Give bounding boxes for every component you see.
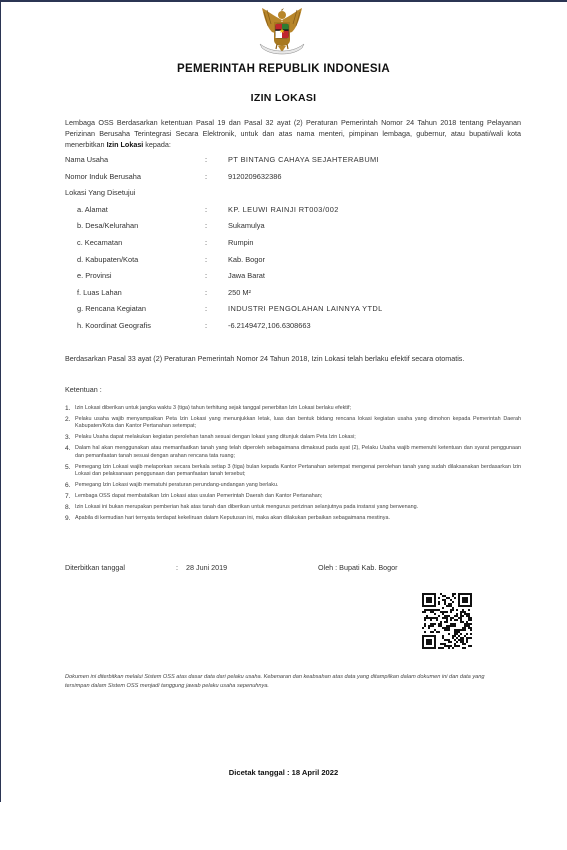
ketentuan-item: 2.Pelaku usaha wajib menyampaikan Peta I… bbox=[65, 416, 521, 431]
item-text: Pemegang Izin Lokasi wajib melaporkan se… bbox=[75, 464, 521, 477]
item-text: Izin Lokasi ini bukan merupakan pemberia… bbox=[75, 504, 418, 510]
item-number: 9. bbox=[65, 515, 71, 522]
field-koordinat: h. Koordinat Geografis : -6.2149472,106.… bbox=[65, 321, 525, 338]
field-colon: : bbox=[205, 205, 207, 214]
field-colon: : bbox=[205, 155, 207, 164]
ketentuan-item: 8.Izin Lokasi ini bukan merupakan pember… bbox=[65, 504, 521, 511]
item-number: 3. bbox=[65, 434, 71, 441]
item-text: Izin Lokasi diberikan untuk jangka waktu… bbox=[75, 405, 351, 411]
item-text: Dalam hal akan menggunakan atau memanfaa… bbox=[75, 445, 521, 458]
field-colon: : bbox=[205, 238, 207, 247]
field-value: Rumpin bbox=[228, 238, 253, 247]
item-text: Apabila di kemudian hari ternyata terdap… bbox=[75, 515, 390, 521]
item-number: 4. bbox=[65, 445, 71, 452]
field-label: c. Kecamatan bbox=[77, 238, 122, 247]
field-lokasi-header: Lokasi Yang Disetujui bbox=[65, 188, 525, 205]
field-label: Nomor Induk Berusaha bbox=[65, 172, 141, 181]
ketentuan-list: 1.Izin Lokasi diberikan untuk jangka wak… bbox=[65, 405, 521, 526]
government-heading: PEMERINTAH REPUBLIK INDONESIA bbox=[0, 63, 567, 75]
item-number: 6. bbox=[65, 482, 71, 489]
field-colon: : bbox=[205, 255, 207, 264]
field-nib: Nomor Induk Berusaha : 9120209632386 bbox=[65, 172, 525, 189]
item-number: 7. bbox=[65, 493, 71, 500]
field-value: INDUSTRI PENGOLAHAN LAINNYA YTDL bbox=[228, 304, 383, 313]
field-value: PT BINTANG CAHAYA SEJAHTERABUMI bbox=[228, 155, 379, 164]
field-desa: b. Desa/Kelurahan : Sukamulya bbox=[65, 221, 525, 238]
field-alamat: a. Alamat : KP. LEUWI RAINJI RT003/002 bbox=[65, 205, 525, 222]
intro-bold: Izin Lokasi bbox=[107, 140, 144, 149]
field-colon: : bbox=[205, 271, 207, 280]
field-label: f. Luas Lahan bbox=[77, 288, 122, 297]
permit-fields: Nama Usaha : PT BINTANG CAHAYA SEJAHTERA… bbox=[65, 155, 525, 338]
field-value: -6.2149472,106.6308663 bbox=[228, 321, 311, 330]
ketentuan-title: Ketentuan : bbox=[65, 385, 102, 394]
field-label: d. Kabupaten/Kota bbox=[77, 255, 138, 264]
field-label: Nama Usaha bbox=[65, 155, 108, 164]
field-value: 9120209632386 bbox=[228, 172, 281, 181]
field-colon: : bbox=[205, 221, 207, 230]
ketentuan-item: 6.Pemegang Izin Lokasi wajib mematuhi pe… bbox=[65, 482, 521, 489]
field-label: g. Rencana Kegiatan bbox=[77, 304, 146, 313]
document-title: IZIN LOKASI bbox=[0, 92, 567, 104]
item-number: 8. bbox=[65, 504, 71, 511]
field-colon: : bbox=[205, 304, 207, 313]
intro-suffix: kepada: bbox=[143, 140, 171, 149]
issued-by: Oleh : Bupati Kab. Bogor bbox=[318, 563, 398, 572]
ketentuan-item: 4.Dalam hal akan menggunakan atau memanf… bbox=[65, 445, 521, 460]
effective-statement: Berdasarkan Pasal 33 ayat (2) Peraturan … bbox=[65, 354, 525, 364]
item-text: Pelaku Usaha dapat melakukan kegiatan pe… bbox=[75, 434, 356, 440]
field-label: b. Desa/Kelurahan bbox=[77, 221, 138, 230]
issued-colon: : bbox=[176, 563, 178, 572]
disclaimer-text: Dokumen ini diterbitkan melalui Sistem O… bbox=[65, 673, 505, 690]
field-nama-usaha: Nama Usaha : PT BINTANG CAHAYA SEJAHTERA… bbox=[65, 155, 525, 172]
field-kabupaten: d. Kabupaten/Kota : Kab. Bogor bbox=[65, 255, 525, 272]
field-value: Kab. Bogor bbox=[228, 255, 265, 264]
field-label: e. Provinsi bbox=[77, 271, 112, 280]
item-text: Pemegang Izin Lokasi wajib mematuhi pera… bbox=[75, 482, 278, 488]
field-value: Jawa Barat bbox=[228, 271, 265, 280]
field-label: a. Alamat bbox=[77, 205, 108, 214]
field-luas-lahan: f. Luas Lahan : 250 M² bbox=[65, 288, 525, 305]
ketentuan-item: 3.Pelaku Usaha dapat melakukan kegiatan … bbox=[65, 434, 521, 441]
item-number: 5. bbox=[65, 464, 71, 471]
item-text: Lembaga OSS dapat membatalkan Izin Lokas… bbox=[75, 493, 322, 499]
ketentuan-item: 5.Pemegang Izin Lokasi wajib melaporkan … bbox=[65, 464, 521, 479]
field-colon: : bbox=[205, 321, 207, 330]
issued-date: 28 Juni 2019 bbox=[186, 563, 227, 572]
field-value: Sukamulya bbox=[228, 221, 265, 230]
field-provinsi: e. Provinsi : Jawa Barat bbox=[65, 271, 525, 288]
field-value: KP. LEUWI RAINJI RT003/002 bbox=[228, 205, 339, 214]
field-colon: : bbox=[205, 172, 207, 181]
printed-date: Dicetak tanggal : 18 April 2022 bbox=[0, 768, 567, 777]
field-colon: : bbox=[205, 288, 207, 297]
item-number: 2. bbox=[65, 416, 71, 423]
item-text: Pelaku usaha wajib menyampaikan Peta Izi… bbox=[75, 416, 521, 429]
field-rencana-kegiatan: g. Rencana Kegiatan : INDUSTRI PENGOLAHA… bbox=[65, 304, 525, 321]
garuda-emblem-icon bbox=[256, 6, 308, 56]
ketentuan-item: 9.Apabila di kemudian hari ternyata terd… bbox=[65, 515, 521, 522]
qr-code-icon bbox=[422, 593, 472, 649]
issued-label: Diterbitkan tanggal bbox=[65, 563, 125, 572]
ketentuan-item: 7.Lembaga OSS dapat membatalkan Izin Lok… bbox=[65, 493, 521, 500]
field-label: h. Koordinat Geografis bbox=[77, 321, 151, 330]
intro-paragraph: Lembaga OSS Berdasarkan ketentuan Pasal … bbox=[65, 117, 521, 150]
field-value: 250 M² bbox=[228, 288, 251, 297]
field-kecamatan: c. Kecamatan : Rumpin bbox=[65, 238, 525, 255]
ketentuan-item: 1.Izin Lokasi diberikan untuk jangka wak… bbox=[65, 405, 521, 412]
field-label: Lokasi Yang Disetujui bbox=[65, 188, 135, 197]
item-number: 1. bbox=[65, 405, 71, 412]
